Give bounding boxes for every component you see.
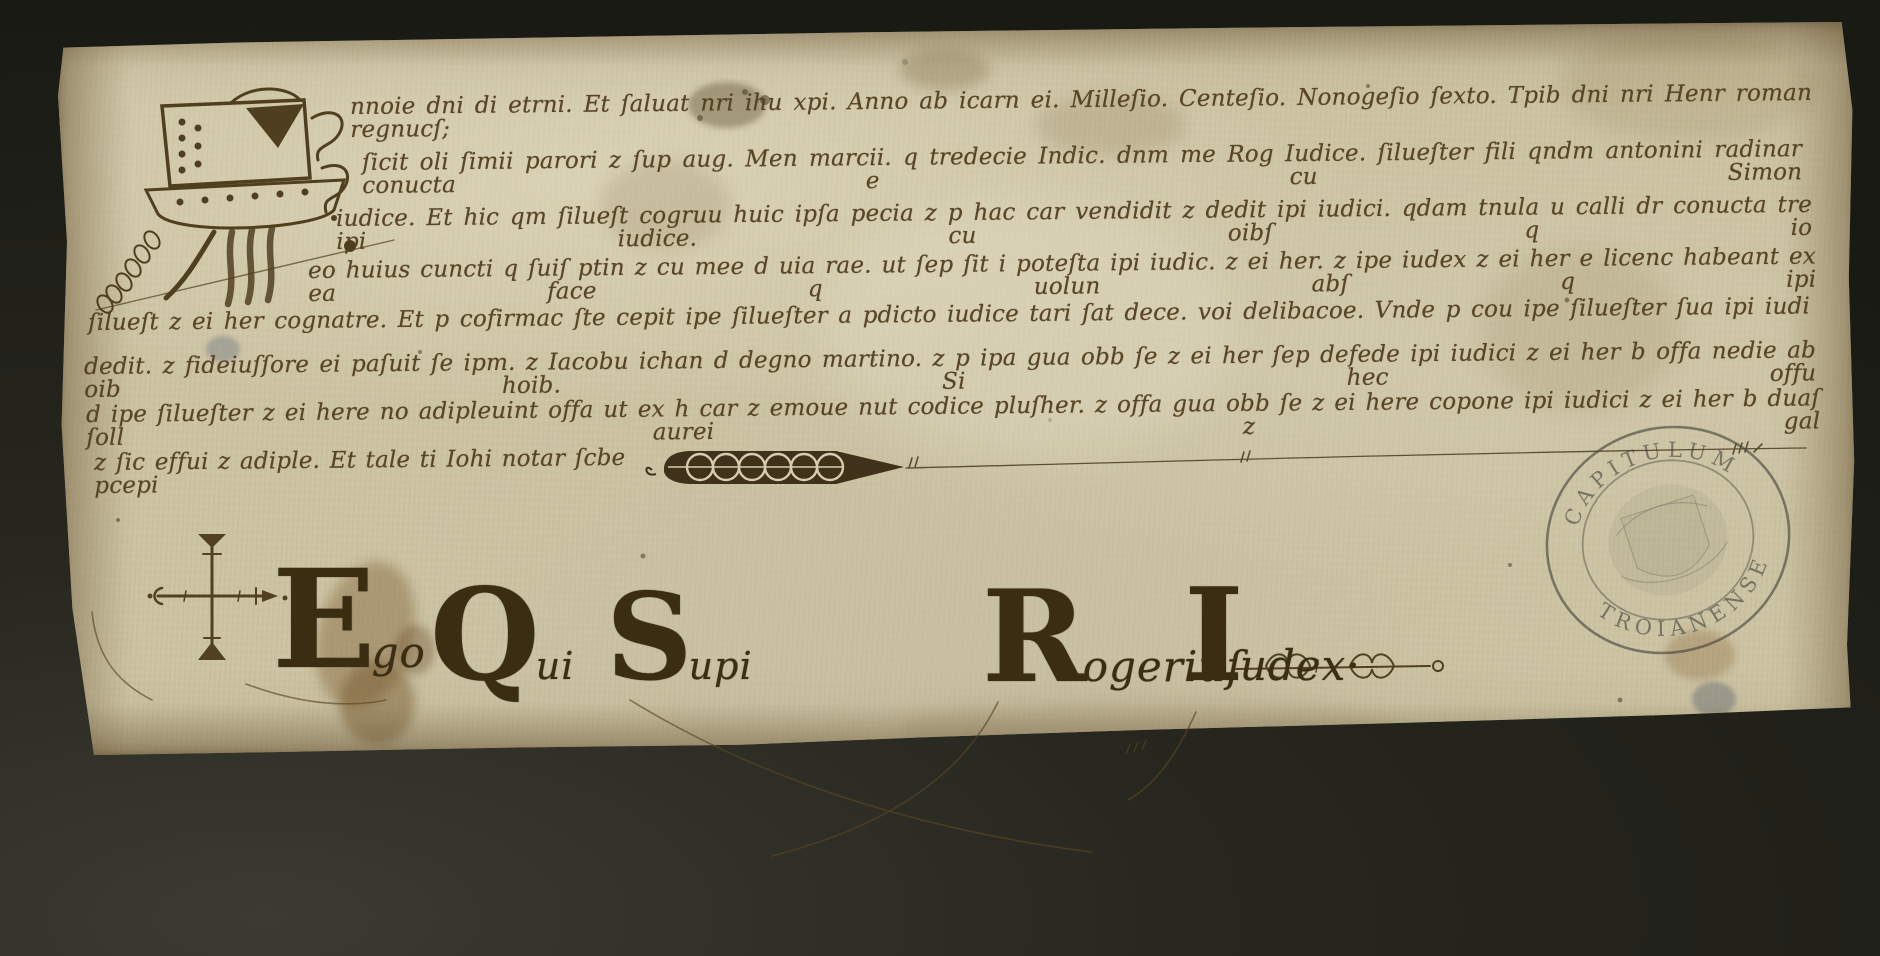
- stain: [820, 200, 1240, 460]
- word-rest: ui: [536, 644, 575, 688]
- stain: [1480, 250, 1680, 410]
- word-rest: go: [372, 628, 426, 677]
- stain: [1665, 630, 1735, 680]
- stain: [1560, 30, 1820, 140]
- stain: [900, 50, 990, 90]
- stain: [206, 336, 240, 362]
- word-rest: udex·: [1240, 641, 1361, 690]
- initial-letter: S: [606, 578, 693, 698]
- stain: [1692, 682, 1736, 716]
- initial-letter: I: [1184, 572, 1244, 700]
- photo-backdrop: CAPITULUM TROIANENSE nnoie dni di etrni.…: [0, 0, 1880, 956]
- signature-word-iudex: I udex·: [1184, 572, 1361, 700]
- stain: [600, 160, 730, 250]
- initial-letter: E: [272, 552, 376, 688]
- initial-letter: Q: [430, 572, 540, 698]
- word-rest: upi: [689, 644, 753, 688]
- signature-word-ego: E go: [272, 552, 426, 688]
- stain: [900, 700, 1400, 760]
- signature-word-qui: Q ui: [430, 572, 574, 698]
- stain: [1035, 95, 1185, 155]
- stain: [688, 82, 766, 128]
- signature-word-supi: S upi: [606, 578, 753, 698]
- initial-letter: R: [982, 574, 1087, 700]
